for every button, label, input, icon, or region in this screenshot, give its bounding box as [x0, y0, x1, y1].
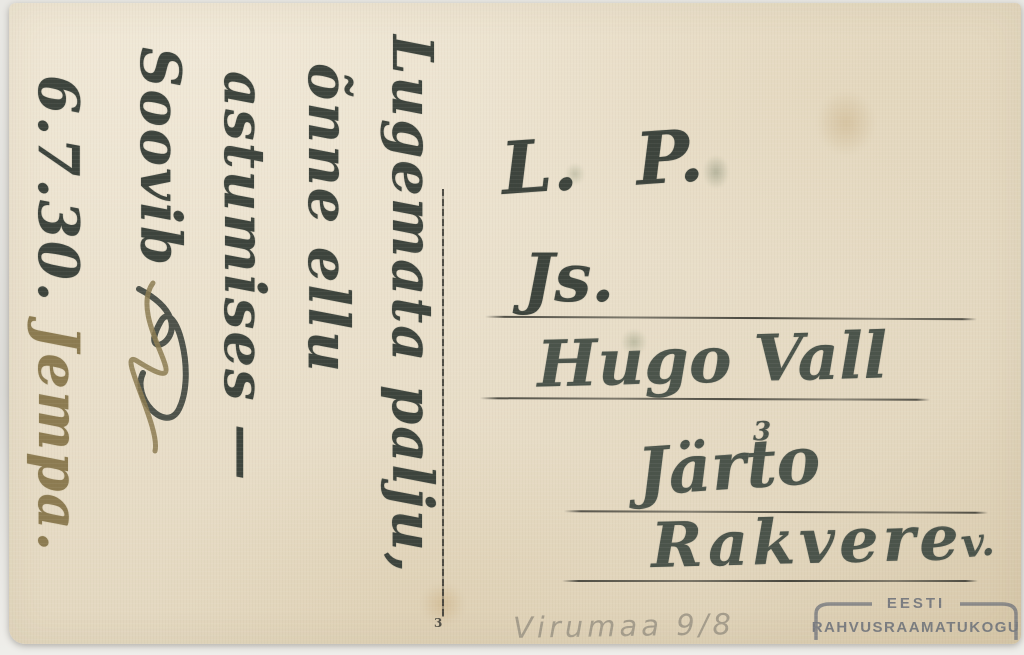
message-line: Soovib: [100, 33, 202, 653]
address-street: Järto: [635, 421, 823, 512]
handwritten-message: Lugemata palju, õnne ellu astumises — So…: [24, 33, 454, 653]
stamp-country-label: EESTI: [806, 595, 1024, 612]
message-date: 6.7.30.: [25, 75, 91, 303]
signature-flourish-icon: [100, 277, 201, 457]
postcard-scan: Lugemata palju, õnne ellu astumises — So…: [9, 3, 1021, 644]
message-line: astumises —: [202, 33, 286, 653]
recipient-name: Hugo Vall: [536, 318, 888, 402]
address-city-suffix: v.: [959, 517, 997, 567]
message-closing: Soovib: [127, 47, 193, 267]
library-stamp: EESTI RAHVUSRAAMATUKOGU: [806, 592, 1024, 652]
salutation-initials: L. P.: [498, 112, 705, 211]
address-city: Rakvere: [650, 501, 963, 582]
divider-line: [442, 189, 444, 617]
stamp-institution-label: RAHVUSRAAMATUKOGU: [806, 619, 1024, 636]
message-line: õnne ellu: [286, 33, 370, 653]
street-number-mark: 3: [753, 417, 771, 447]
message-place: Jempa.: [25, 325, 91, 553]
paper-stain: [817, 91, 875, 155]
salutation-abbreviation: Js.: [523, 239, 614, 317]
printer-mark: 3: [434, 616, 442, 630]
paper-stain: [703, 155, 729, 189]
address-rule: [562, 580, 978, 582]
pencil-note: Virumaa 9/8: [513, 607, 735, 645]
message-line: 6.7.30. Jempa.: [16, 33, 100, 653]
